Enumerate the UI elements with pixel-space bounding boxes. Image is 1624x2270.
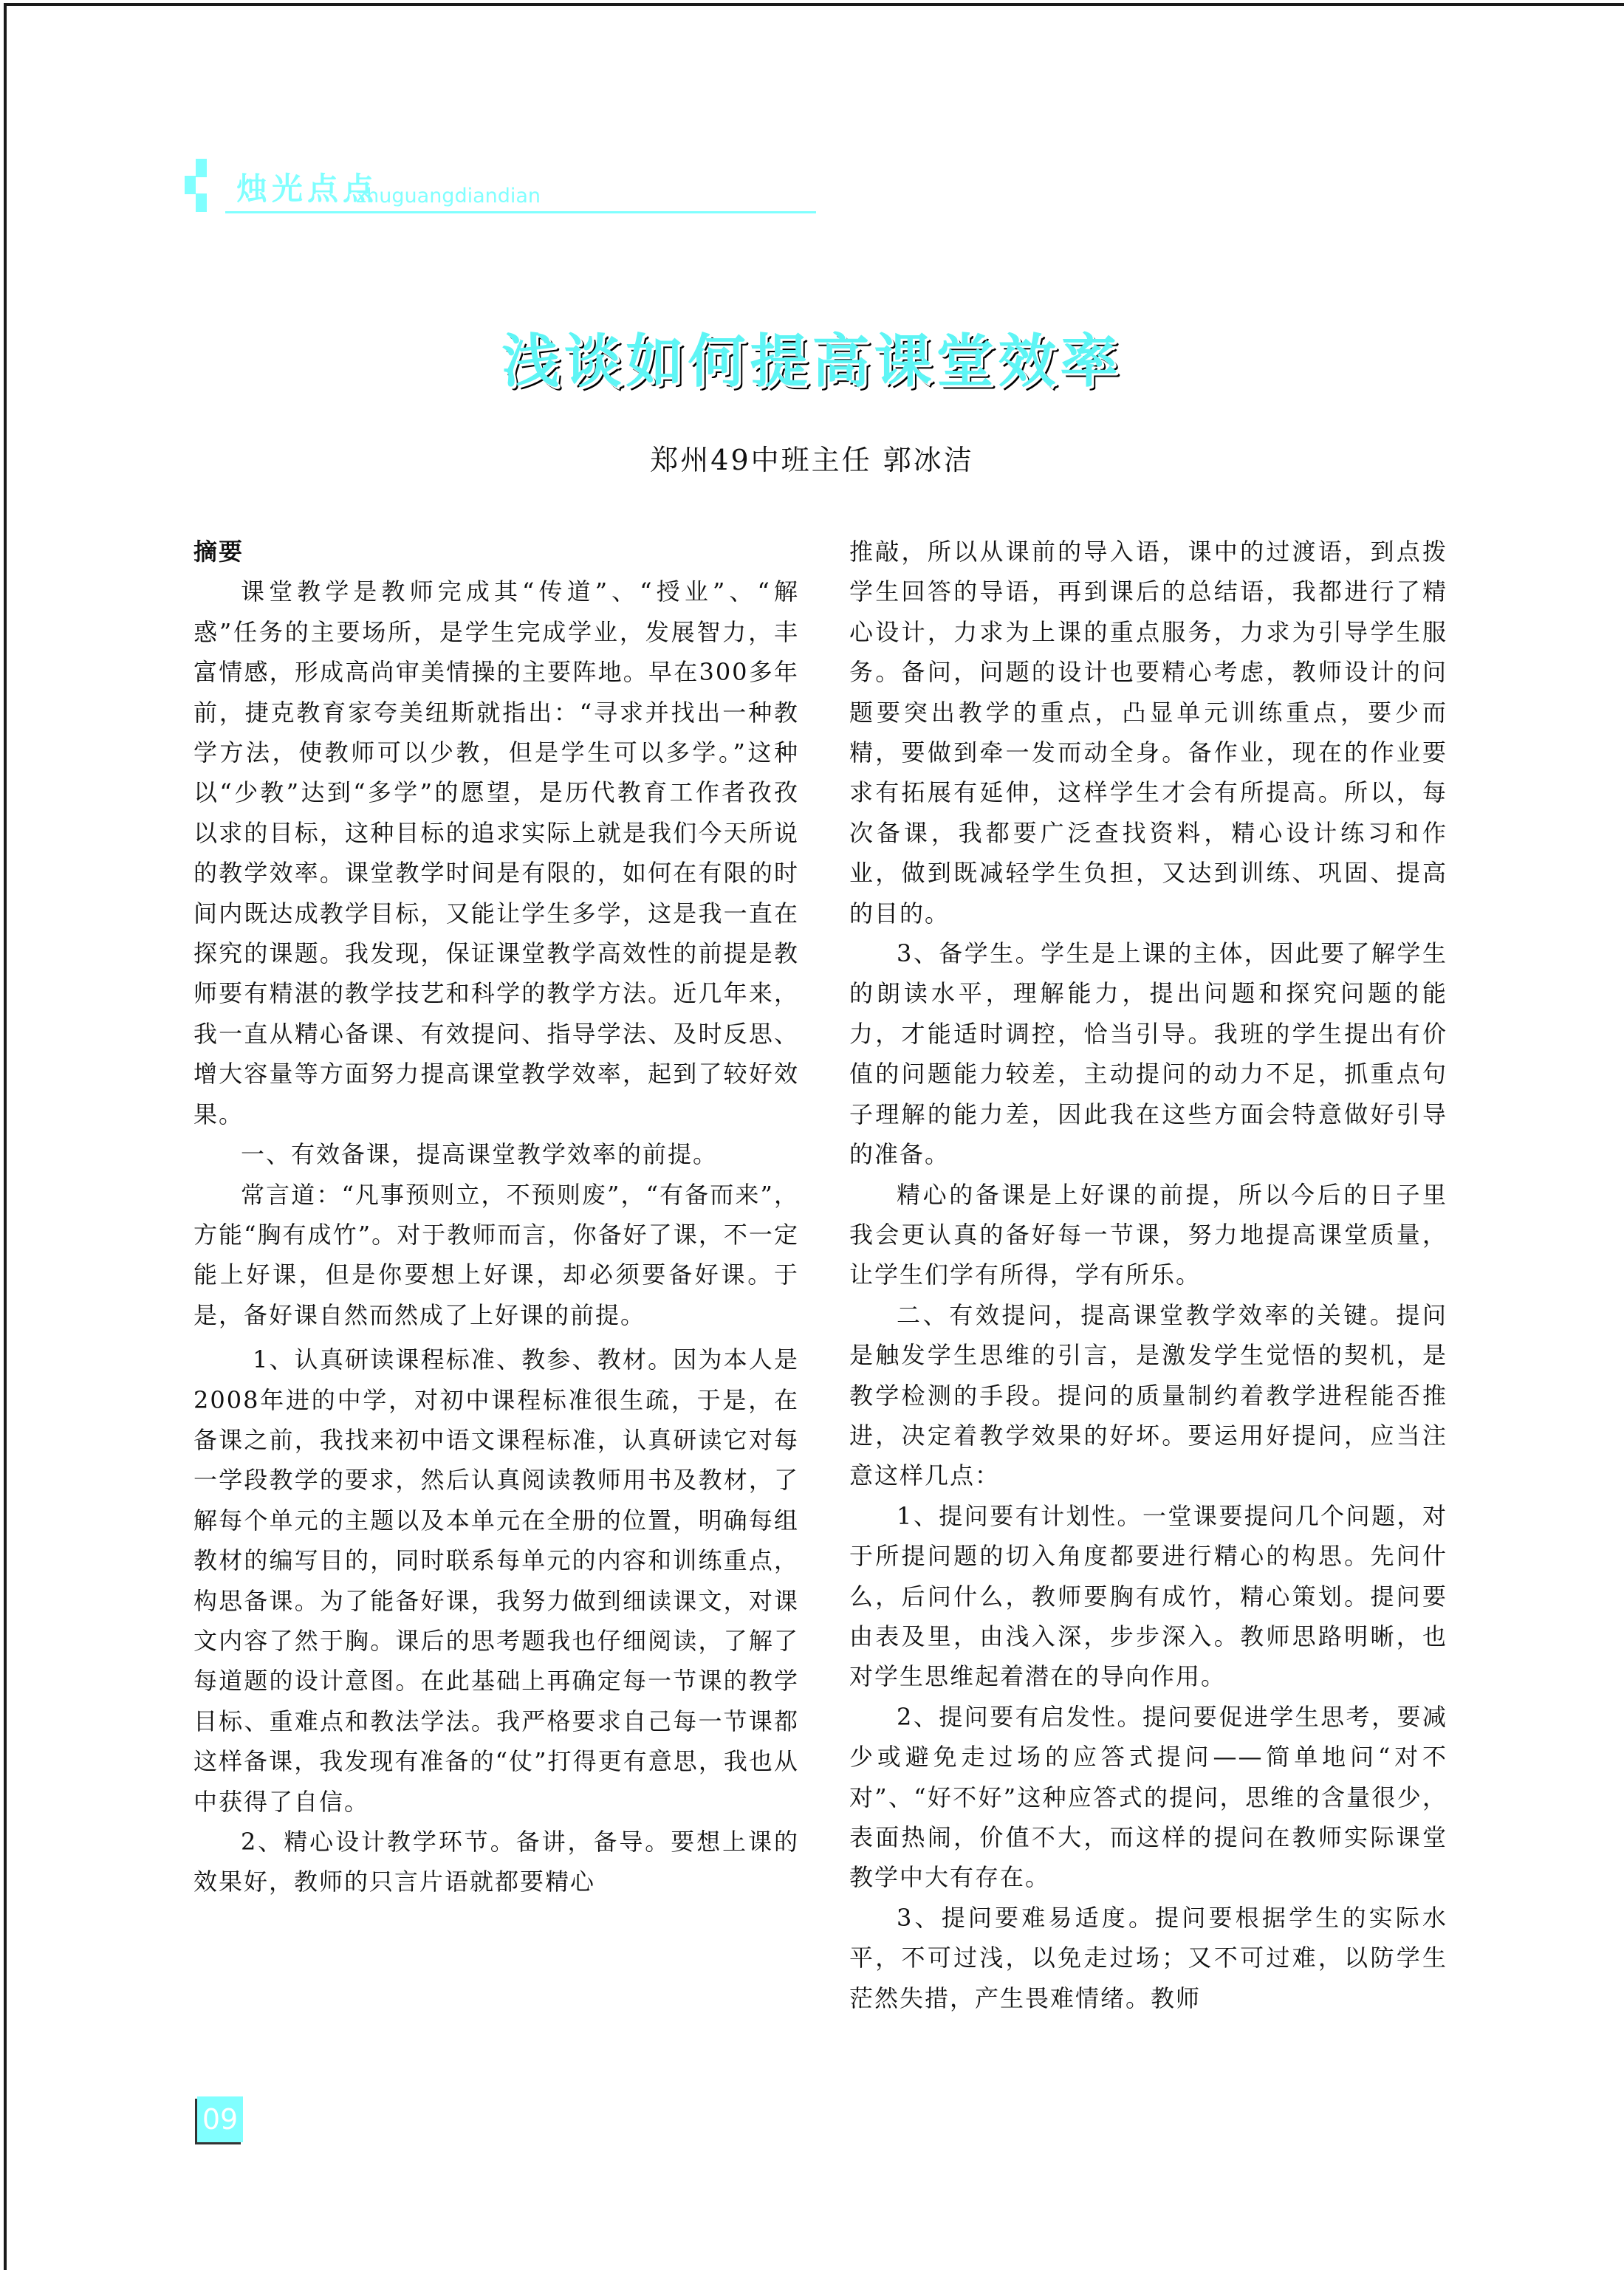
section-title-en: zhuguangdiandian xyxy=(356,185,541,208)
abstract-label: 摘要 xyxy=(193,532,799,572)
paragraph: 1、提问要有计划性。一堂课要提问几个问题，对于所提问题的切入角度都要进行精心的构… xyxy=(849,1496,1447,1697)
section-heading-1: 一、有效备课，提高课堂教学效率的前提。 xyxy=(193,1134,799,1174)
checker-logo-icon xyxy=(185,159,207,214)
paragraph: 精心的备课是上好课的前提，所以今后的日子里我会更认真的备好每一节课，努力地提高课… xyxy=(849,1175,1447,1295)
right-column: 推敲，所以从课前的导入语，课中的过渡语，到点拨学生回答的导语，再到课后的总结语，… xyxy=(849,532,1447,2018)
paragraph: 3、备学生。学生是上课的主体，因此要了解学生的朗读水平，理解能力，提出问题和探究… xyxy=(849,933,1447,1174)
section-divider xyxy=(225,211,816,213)
page-border-top xyxy=(4,3,1624,6)
paragraph: 常言道：“凡事预则立，不预则废”，“有备而来”，方能“胸有成竹”。对于教师而言，… xyxy=(193,1175,799,1336)
left-column: 摘要 课堂教学是教师完成其“传道”、“授业”、“解惑”任务的主要场所，是学生完成… xyxy=(193,532,799,1902)
section-heading-2: 二、有效提问，提高课堂教学效率的关键。提问是触发学生思维的引言，是激发学生觉悟的… xyxy=(849,1295,1447,1496)
author-byline: 郑州49中班主任 郭冰洁 xyxy=(0,442,1624,479)
paragraph: 课堂教学是教师完成其“传道”、“授业”、“解惑”任务的主要场所，是学生完成学业，… xyxy=(193,572,799,1134)
paragraph: 1、认真研读课程标准、教参、教材。因为本人是2008年进的中学，对初中课程标准很… xyxy=(193,1340,799,1822)
document-page: 烛光点点 zhuguangdiandian 浅谈如何提高课堂效率 郑州49中班主… xyxy=(0,0,1624,2270)
article-title: 浅谈如何提高课堂效率 xyxy=(0,325,1624,399)
page-number: 09 xyxy=(197,2096,243,2142)
paragraph: 3、提问要难易适度。提问要根据学生的实际水平，不可过浅，以免走过场；又不可过难，… xyxy=(849,1898,1447,2018)
paragraph: 2、提问要有启发性。提问要促进学生思考，要减少或避免走过场的应答式提问——简单地… xyxy=(849,1697,1447,1898)
section-header: 烛光点点 zhuguangdiandian xyxy=(185,159,812,218)
paragraph: 2、精心设计教学环节。备讲，备导。要想上课的效果好，教师的只言片语就都要精心 xyxy=(193,1822,799,1902)
paragraph: 推敲，所以从课前的导入语，课中的过渡语，到点拨学生回答的导语，再到课后的总结语，… xyxy=(849,532,1447,933)
